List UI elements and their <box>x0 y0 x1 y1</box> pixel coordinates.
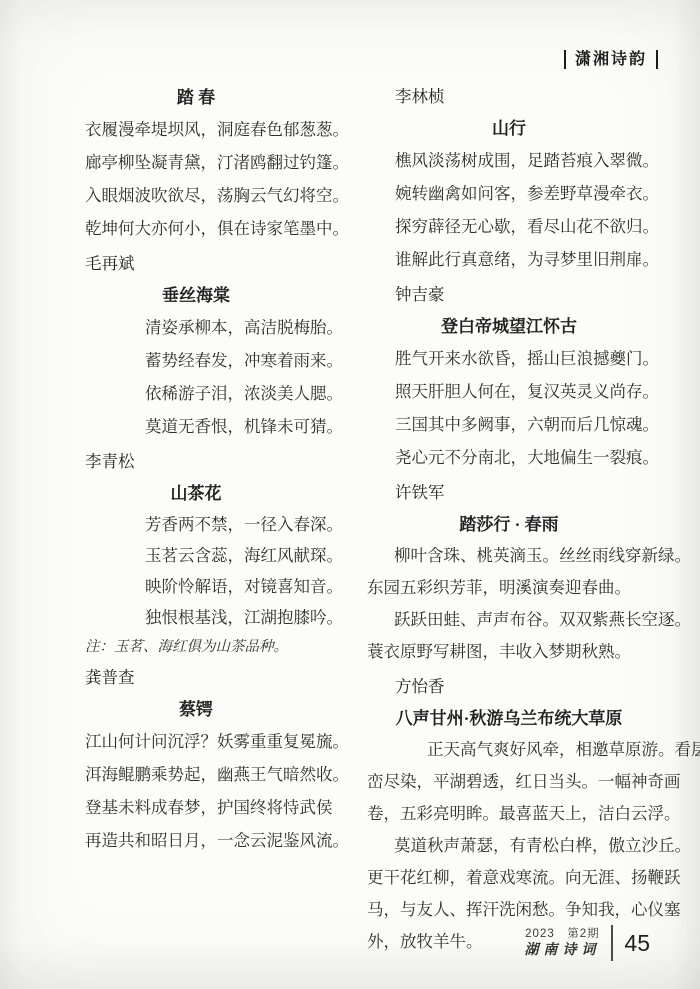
poem-baidicheng: 钟吉豪 登白帝城望江怀古 胜气开来水欲昏，摇山巨浪撼夔门。 照天肝胆人何在，复汉… <box>367 280 663 474</box>
magazine-page: 潇湘诗韵 踏 春 衣履漫牵堤坝风，洞庭春色郁葱葱。 廊亭柳坠凝青黛，汀渚鸥翻过钓… <box>0 0 700 989</box>
poem-author: 方怡香 <box>395 672 663 703</box>
poem-line: 谁解此行真意绪，为寻梦里旧荆扉。 <box>395 243 663 276</box>
poem-title: 山行 <box>367 113 663 144</box>
poem-line: 柳叶含珠、桃英滴玉。丝丝雨线穿新绿。 <box>394 540 663 572</box>
poem-line: 独恨根基浅，江湖抱膝吟。 <box>145 602 357 633</box>
poem-author: 毛再斌 <box>85 249 357 280</box>
poem-author: 许铁军 <box>395 478 663 509</box>
poem-line: 玉茗云含蕊，海红风献琛。 <box>145 540 357 571</box>
poem-line: 探穷薜径无心歇，看尽山花不欲归。 <box>395 210 663 243</box>
poem-caie: 龚普查 蔡锷 江山何计问沉浮？妖雾重重复冕旒。 洱海鲲鹏乘势起，幽燕王气暗然收。… <box>75 663 357 857</box>
poem-shanchahua: 李青松 山茶花 芳香两不禁，一径入春深。 玉茗云含蕊，海红风献琛。 映阶怜解语，… <box>75 447 357 659</box>
poem-line: 胜气开来水欲昏，摇山巨浪撼夔门。 <box>395 342 663 375</box>
poem-title: 垂丝海棠 <box>75 280 357 311</box>
poem-line: 芳香两不禁，一径入春深。 <box>145 509 357 540</box>
footer-divider <box>611 925 613 961</box>
poem-title: 登白帝城望江怀古 <box>367 311 663 342</box>
poem-title: 蔡锷 <box>75 694 357 725</box>
poem-line: 跃跃田蛙、声声布谷。双双紫燕长空逐。 <box>394 604 663 636</box>
poem-line: 照天肝胆人何在，复汉英灵义尚存。 <box>395 375 663 408</box>
poem-line: 洱海鲲鹏乘势起，幽燕王气暗然收。 <box>85 758 357 791</box>
journal-name: 湖南诗词 <box>524 942 600 960</box>
poem-line: 江山何计问沉浮？妖雾重重复冕旒。 <box>85 725 357 758</box>
poem-line: 廊亭柳坠凝青黛，汀渚鸥翻过钓篷。 <box>85 146 357 179</box>
poem-line: 正天高气爽好风牵，相邀草原游。看层 <box>427 734 663 766</box>
poem-line: 樵风淡荡树成围，足踏苔痕入翠微。 <box>395 144 663 177</box>
poem-chuisi-haitang: 毛再斌 垂丝海棠 清姿承柳本，高洁脱梅胎。 蓄势经春发，冲寒着雨来。 依稀游子泪… <box>75 249 357 443</box>
page-header: 潇湘诗韵 <box>564 46 658 69</box>
page-number: 45 <box>624 930 650 957</box>
poem-line: 依稀游子泪，浓淡美人腮。 <box>145 377 357 410</box>
poem-title: 踏莎行 · 春雨 <box>367 509 663 540</box>
poem-shanxing: 李林桢 山行 樵风淡荡树成围，足踏苔痕入翠微。 婉转幽禽如问客，参差野草漫牵衣。… <box>367 82 663 276</box>
issue-info: 2023 第2期 <box>524 927 600 942</box>
poem-line: 莫道无香恨，机锋未可猜。 <box>145 410 357 443</box>
poem-title: 八声甘州·秋游乌兰布统大草原 <box>367 703 663 734</box>
poem-line: 更干花红柳，着意戏寒流。向无涯、扬鞭跃 <box>367 862 663 894</box>
poem-author: 李青松 <box>85 447 357 478</box>
poem-ta-chun: 踏 春 衣履漫牵堤坝风，洞庭春色郁葱葱。 廊亭柳坠凝青黛，汀渚鸥翻过钓篷。 入眼… <box>75 82 357 245</box>
poem-title: 踏 春 <box>75 82 357 113</box>
poem-line: 入眼烟波吹欲尽，荡胸云气幻将空。 <box>85 179 357 212</box>
poem-line: 衣履漫牵堤坝风，洞庭春色郁葱葱。 <box>85 113 357 146</box>
journal-issue-block: 2023 第2期 湖南诗词 <box>524 927 600 960</box>
poem-author: 李林桢 <box>395 82 663 113</box>
poem-line: 东园五彩织芳菲，明溪演奏迎春曲。 <box>367 572 663 604</box>
poem-tasuoxing: 许铁军 踏莎行 · 春雨 柳叶含珠、桃英滴玉。丝丝雨线穿新绿。 东园五彩织芳菲，… <box>367 478 663 668</box>
poem-line: 莫道秋声萧瑟，有青松白桦，傲立沙丘。 <box>394 830 663 862</box>
poem-note: 注：玉茗、海红俱为山茶品种。 <box>85 635 357 659</box>
poem-author: 龚普查 <box>85 663 357 694</box>
poem-bashengganzhou: 方怡香 八声甘州·秋游乌兰布统大草原 正天高气爽好风牵，相邀草原游。看层 峦尽染… <box>367 672 663 958</box>
poem-line: 三国其中多阙事，六朝而后几惊魂。 <box>395 408 663 441</box>
page-footer: 2023 第2期 湖南诗词 45 <box>524 925 650 961</box>
left-column: 踏 春 衣履漫牵堤坝风，洞庭春色郁葱葱。 廊亭柳坠凝青黛，汀渚鸥翻过钓篷。 入眼… <box>75 82 357 857</box>
poem-line: 蓑衣原野写耕图，丰收入梦期秋熟。 <box>367 636 663 668</box>
poem-line: 乾坤何大亦何小，俱在诗家笔墨中。 <box>85 212 357 245</box>
poem-line: 尧心元不分南北，大地偏生一裂痕。 <box>395 441 663 474</box>
poem-line: 马，与友人、挥汗洗闲愁。争知我，心仪塞 <box>367 894 663 926</box>
poem-line: 卷，五彩亮明眸。最喜蓝天上，洁白云浮。 <box>367 798 663 830</box>
poem-title: 山茶花 <box>75 478 357 509</box>
poem-line: 映阶怜解语，对镜喜知音。 <box>145 571 357 602</box>
poem-line: 登基未料成春梦，护国终将恃武侯 <box>85 791 357 824</box>
poem-line: 再造共和昭日月，一念云泥鉴风流。 <box>85 824 357 857</box>
poem-author: 钟吉豪 <box>395 280 663 311</box>
poem-line: 蓄势经春发，冲寒着雨来。 <box>145 344 357 377</box>
poem-line: 峦尽染，平湖碧透，红日当头。一幅神奇画 <box>367 766 663 798</box>
right-column: 李林桢 山行 樵风淡荡树成围，足踏苔痕入翠微。 婉转幽禽如问客，参差野草漫牵衣。… <box>367 82 663 958</box>
section-title: 潇湘诗韵 <box>564 50 658 69</box>
poem-line: 婉转幽禽如问客，参差野草漫牵衣。 <box>395 177 663 210</box>
poem-line: 清姿承柳本，高洁脱梅胎。 <box>145 311 357 344</box>
